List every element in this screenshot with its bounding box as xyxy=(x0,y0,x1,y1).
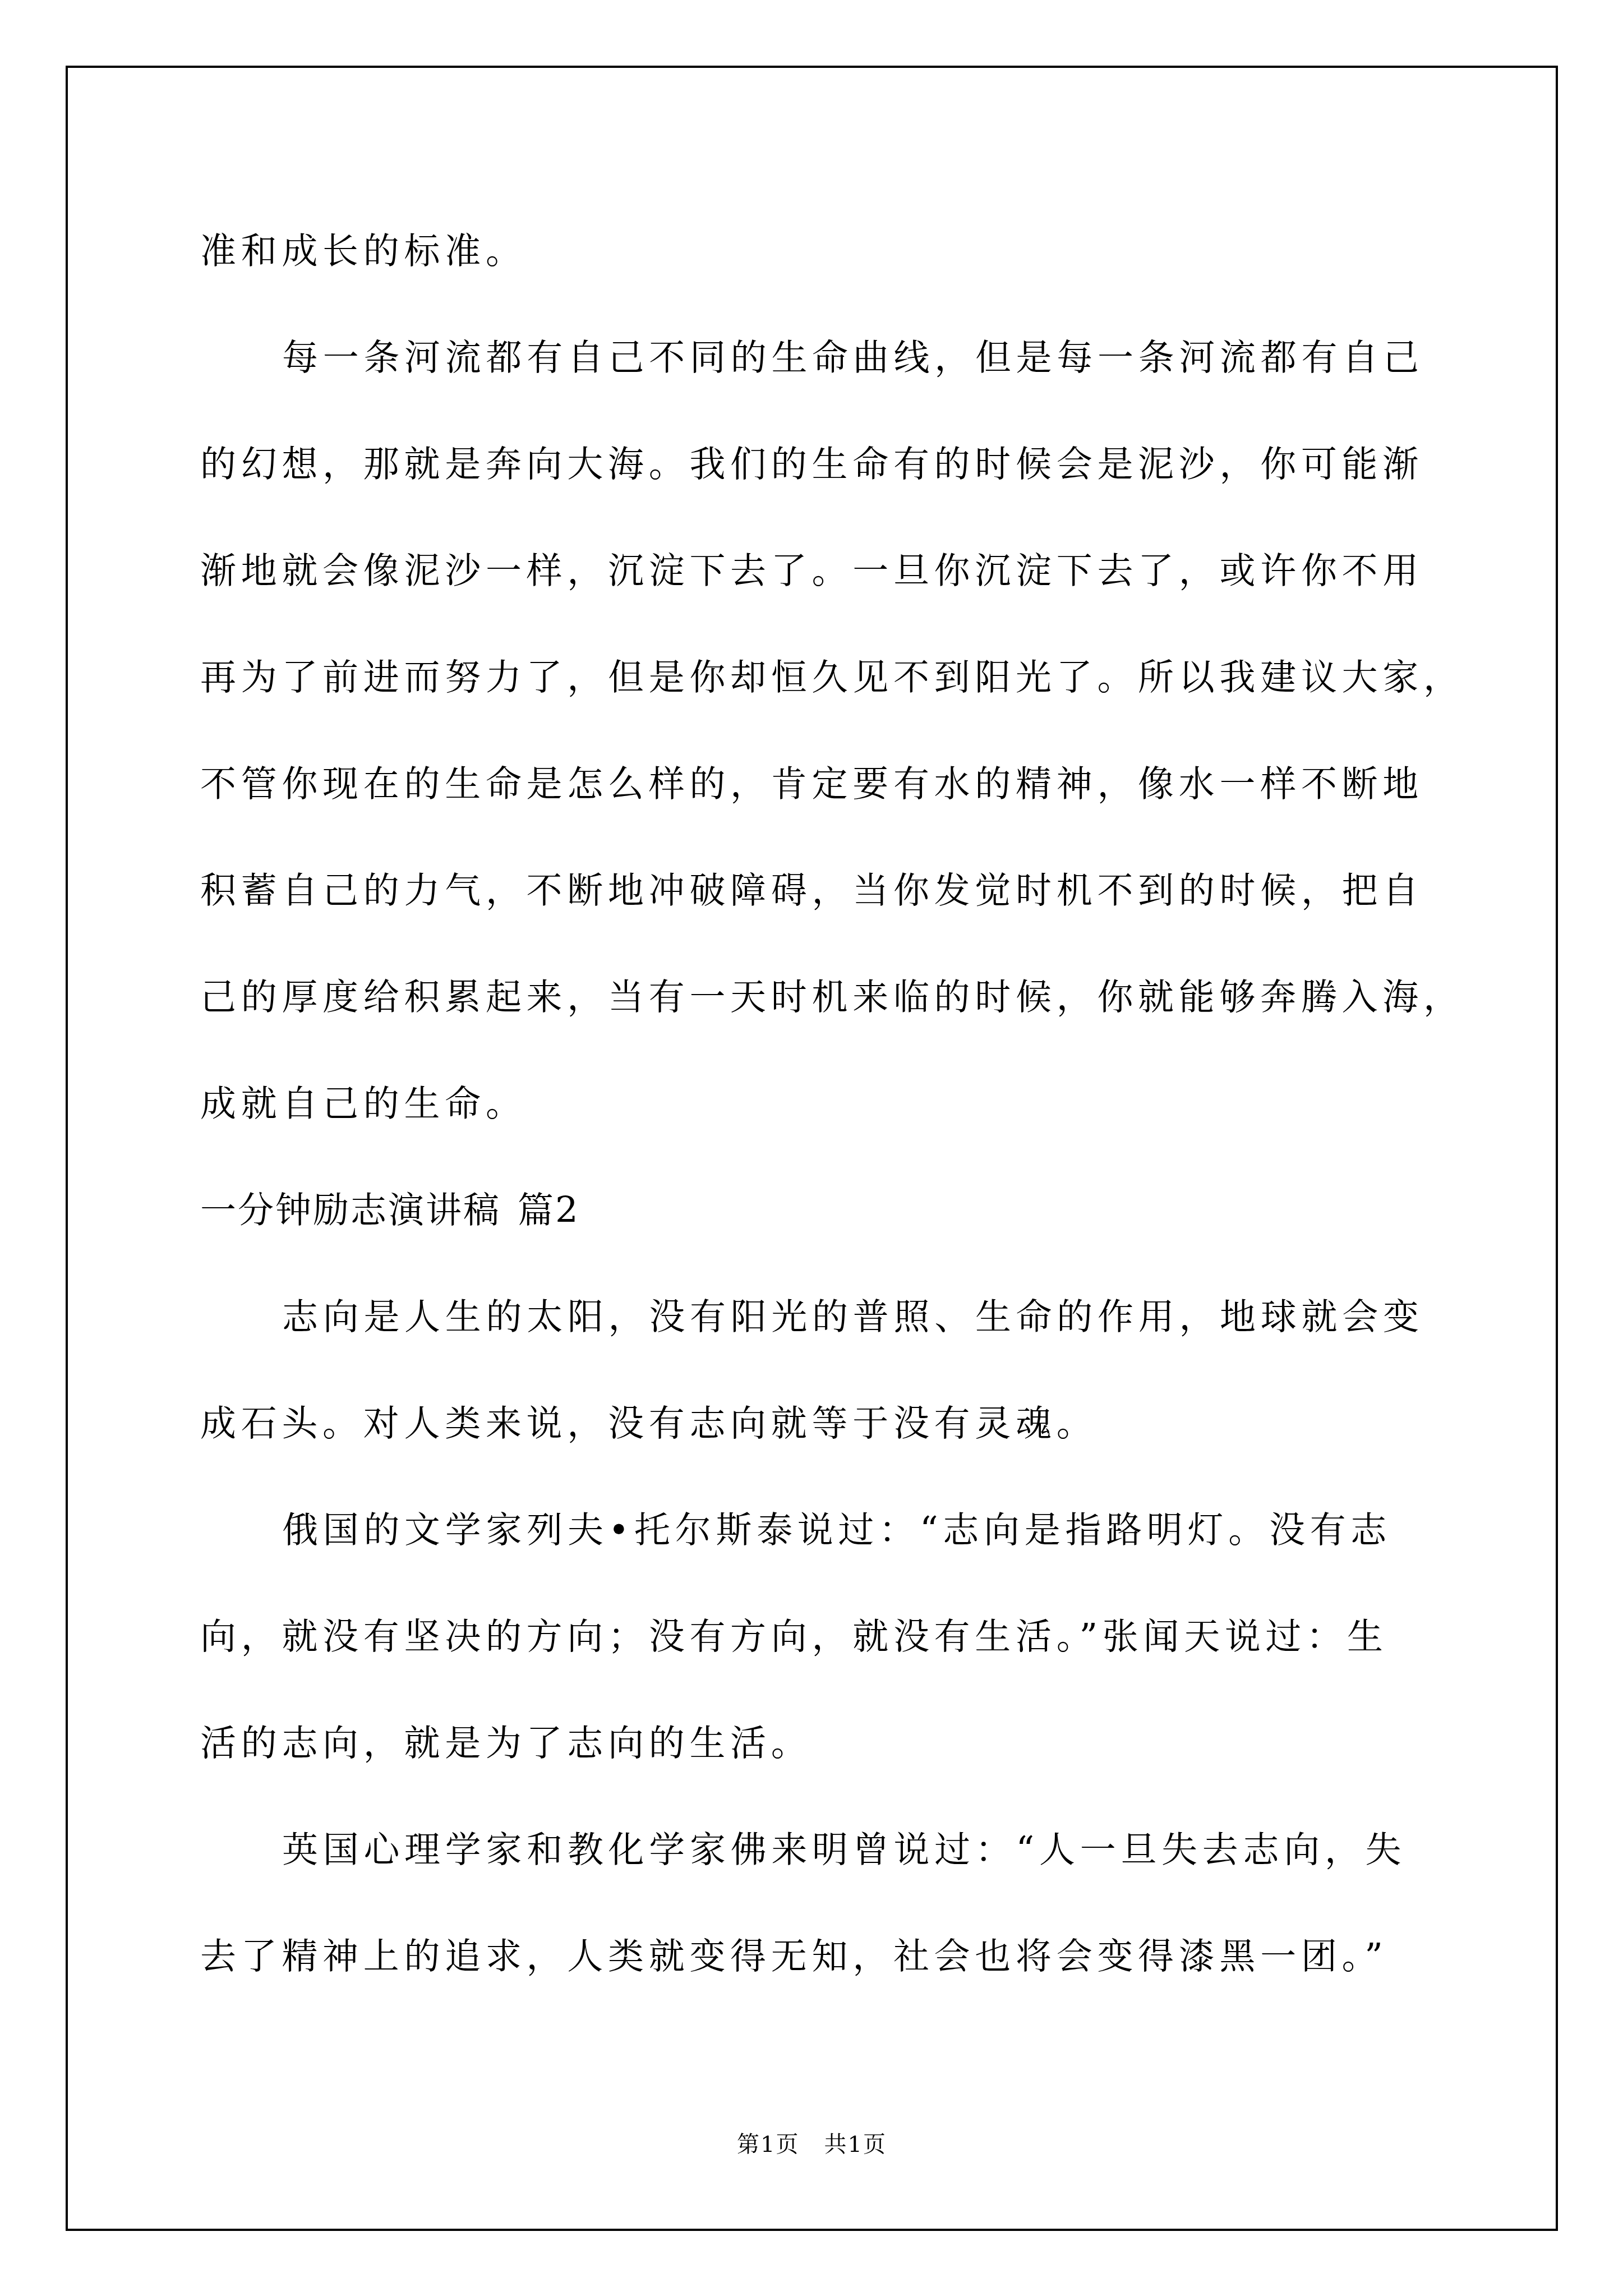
paragraph-line: 英国心理学家和教化学家佛来明曾说过：“人一旦失去志向，失 xyxy=(200,1797,1490,1903)
section-heading-part: 篇2 xyxy=(518,1190,580,1231)
page-footer: 第1页共1页 xyxy=(66,2131,1558,2159)
paragraph-line: 每一条河流都有自己不同的生命曲线，但是每一条河流都有自己 xyxy=(200,305,1490,411)
paragraph-line: 俄国的文学家列夫•托尔斯泰说过：“志向是指路明灯。没有志 xyxy=(200,1477,1490,1584)
paragraph-line: 的幻想，那就是奔向大海。我们的生命有的时候会是泥沙，你可能渐 xyxy=(200,411,1490,518)
paragraph-line: 去了精神上的追求，人类就变得无知，社会也将会变得漆黑一团。” xyxy=(200,1903,1490,2010)
paragraph-line: 成石头。对人类来说，没有志向就等于没有灵魂。 xyxy=(200,1370,1490,1477)
paragraph-line: 志向是人生的太阳，没有阳光的普照、生命的作用，地球就会变 xyxy=(200,1264,1490,1370)
paragraph-line: 准和成长的标准。 xyxy=(200,198,1490,305)
paragraph-line: 积蓄自己的力气，不断地冲破障碍，当你发觉时机不到的时候，把自 xyxy=(200,838,1490,944)
paragraph-line: 向，就没有坚决的方向；没有方向，就没有生活。”张闻天说过：生 xyxy=(200,1584,1490,1690)
page-number-current: 第1页 xyxy=(737,2132,799,2157)
paragraph-line: 再为了前进而努力了，但是你却恒久见不到阳光了。所以我建议大家， xyxy=(200,624,1490,731)
section-heading: 一分钟励志演讲稿篇2 xyxy=(200,1157,1490,1264)
paragraph-line: 己的厚度给积累起来，当有一天时机来临的时候，你就能够奔腾入海， xyxy=(200,944,1490,1051)
paragraph-line: 不管你现在的生命是怎么样的，肯定要有水的精神，像水一样不断地 xyxy=(200,731,1490,838)
paragraph-line: 渐地就会像泥沙一样，沉淀下去了。一旦你沉淀下去了，或许你不用 xyxy=(200,518,1490,624)
section-heading-title: 一分钟励志演讲稿 xyxy=(200,1190,501,1231)
document-body: 准和成长的标准。 每一条河流都有自己不同的生命曲线，但是每一条河流都有自己 的幻… xyxy=(200,198,1490,2010)
page-number-total: 共1页 xyxy=(824,2132,887,2157)
paragraph-line: 成就自己的生命。 xyxy=(200,1051,1490,1157)
paragraph-line: 活的志向，就是为了志向的生活。 xyxy=(200,1690,1490,1797)
